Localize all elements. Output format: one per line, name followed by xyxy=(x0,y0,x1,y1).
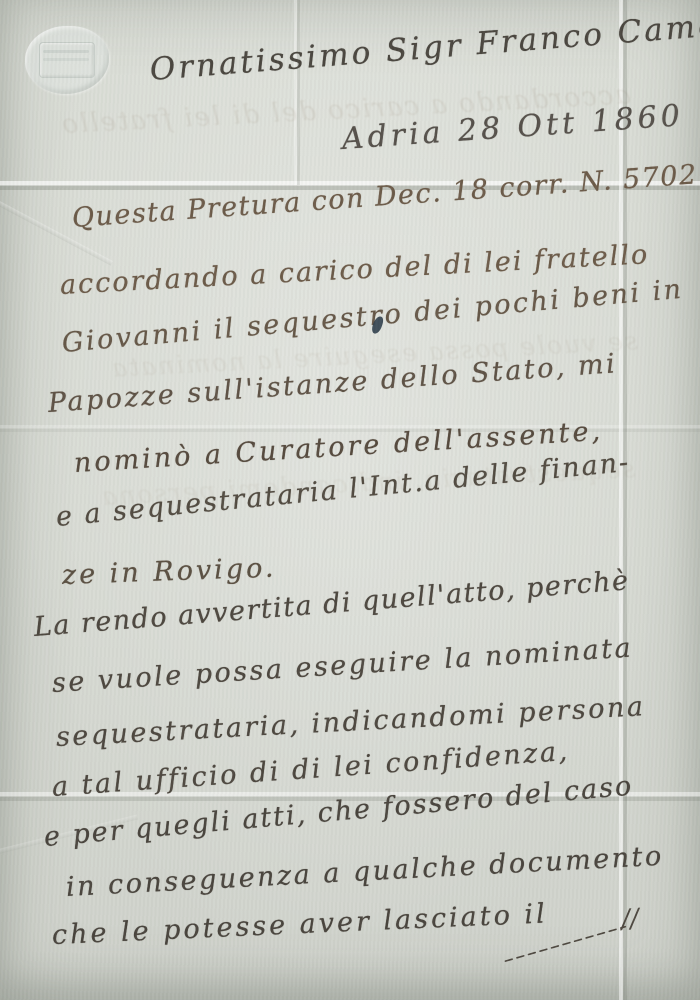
embossed-seal-text-line xyxy=(43,58,89,61)
embossed-seal-icon xyxy=(25,26,109,94)
letter-line: in conseguenza a qualche documento xyxy=(65,841,664,903)
letter-line: che le potesse aver lasciato il xyxy=(51,898,548,951)
letter-salutation: Ornatissimo Sigr Franco Camerini xyxy=(149,2,700,88)
fold-crease-vertical-top xyxy=(294,0,300,185)
letter-page: accordando a carico del di lei fratello … xyxy=(0,0,700,1000)
embossed-seal-text-line xyxy=(43,50,89,53)
page-turn-flourish: ∕∕ xyxy=(496,902,660,973)
letter-line: se vuole possa eseguire la nominata xyxy=(51,632,634,698)
turn-mark-glyph: ∕∕ xyxy=(620,904,640,935)
letter-line: ze in Rovigo. xyxy=(61,553,276,591)
letter-line: Questa Pretura con Dec. 18 corr. N. 5702 xyxy=(71,159,699,234)
